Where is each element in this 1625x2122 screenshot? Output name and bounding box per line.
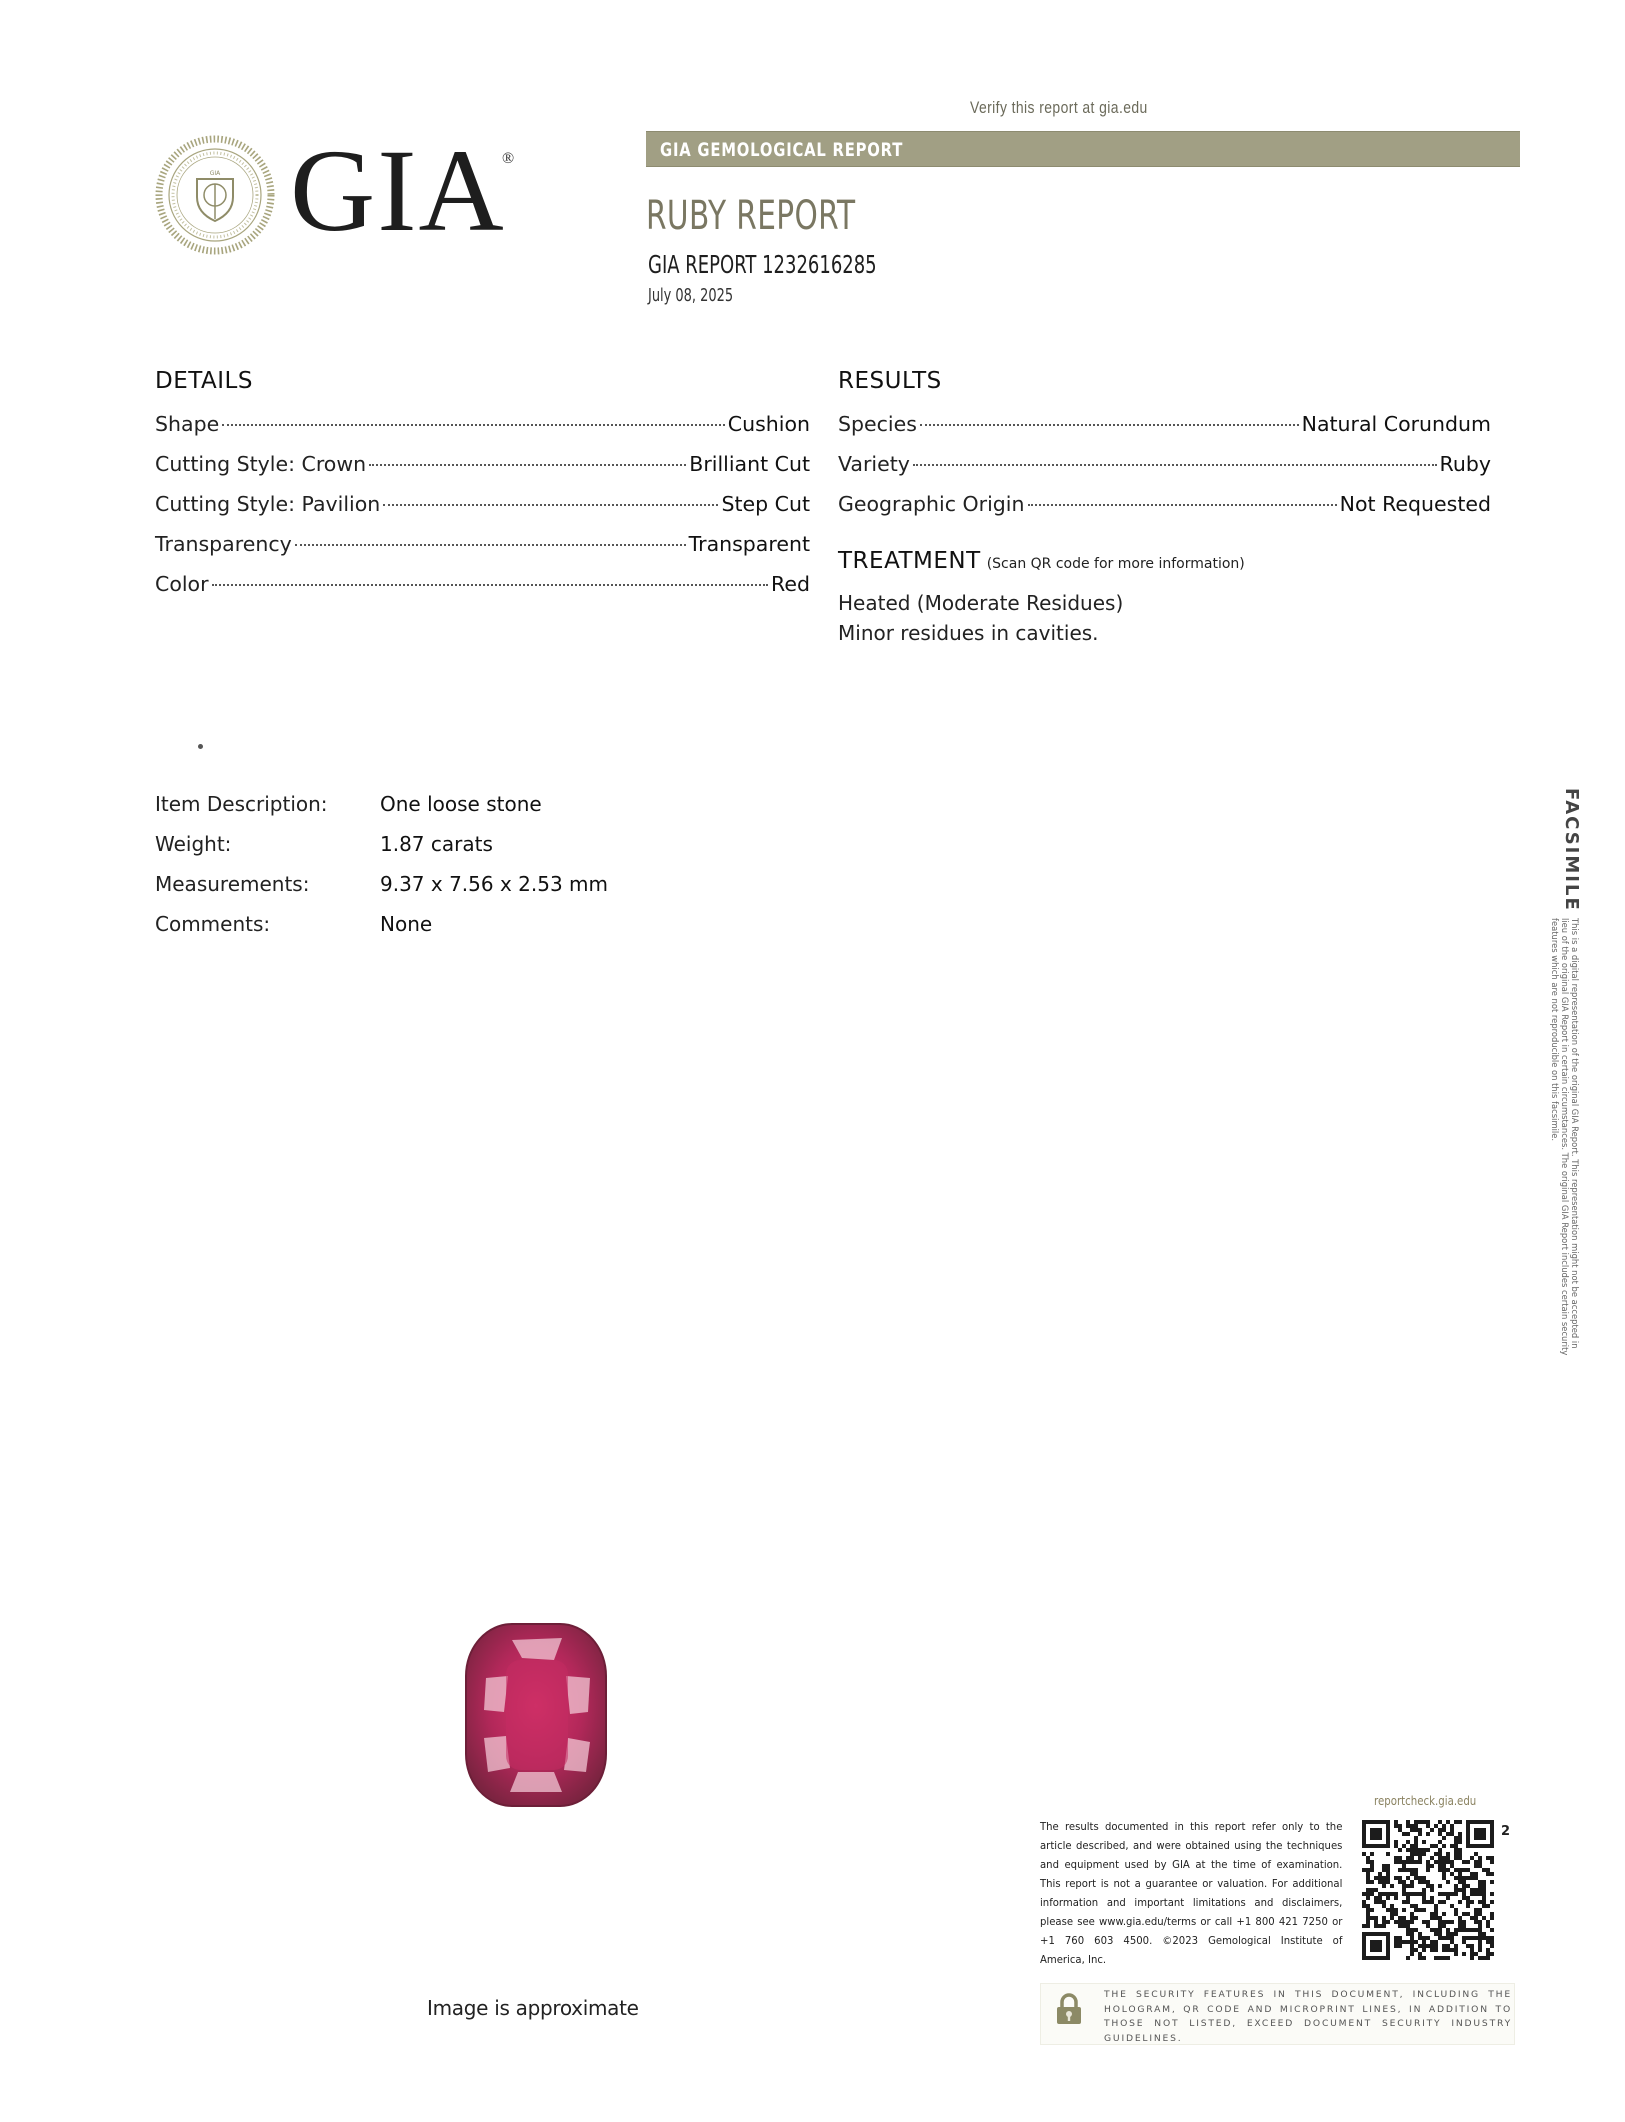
results-title: RESULTS [838,368,1491,394]
field-value: Cushion [728,412,810,436]
ruby-gem-image [462,1620,610,1810]
treatment-section: TREATMENT(Scan QR code for more informat… [838,548,1245,648]
scan-artifact [198,744,203,749]
dotted-leader [212,584,769,586]
item-label: Weight: [155,832,380,856]
report-field-row: TransparencyTransparent [155,532,810,572]
results-section: RESULTS SpeciesNatural CorundumVarietyRu… [838,368,1491,532]
dotted-leader [913,464,1437,466]
dotted-leader [383,504,718,506]
item-label: Comments: [155,912,380,936]
report-field-row: Cutting Style: CrownBrilliant Cut [155,452,810,492]
details-section: DETAILS ShapeCushionCutting Style: Crown… [155,368,810,612]
registered-mark: ® [502,150,514,168]
item-row: Item Description:One loose stone [155,792,608,832]
field-value: Transparent [689,532,810,556]
treatment-line: Heated (Moderate Residues) [838,588,1245,618]
results-rows: SpeciesNatural CorundumVarietyRubyGeogra… [838,412,1491,532]
item-label: Measurements: [155,872,380,896]
band-label: GIA GEMOLOGICAL REPORT [660,139,903,161]
report-field-row: Cutting Style: PavilionStep Cut [155,492,810,532]
field-label: Cutting Style: Pavilion [155,492,380,516]
report-field-row: ColorRed [155,572,810,612]
gia-seal-logo: GIA [155,135,275,255]
report-field-row: SpeciesNatural Corundum [838,412,1491,452]
reportcheck-link[interactable]: reportcheck.gia.edu [1374,1794,1476,1808]
lock-icon [1054,1993,1084,2025]
verify-link[interactable]: Verify this report at gia.edu [970,98,1148,118]
field-label: Transparency [155,532,292,556]
field-value: Step Cut [721,492,810,516]
item-row: Measurements:9.37 x 7.56 x 2.53 mm [155,872,608,912]
field-label: Geographic Origin [838,492,1025,516]
field-value: Not Requested [1340,492,1491,516]
field-label: Variety [838,452,910,476]
facsimile-title: FACSIMILE [1561,788,1582,912]
facsimile-notice: FACSIMILE This is a digital representati… [1542,788,1582,1358]
field-label: Shape [155,412,219,436]
treatment-note: (Scan QR code for more information) [987,556,1245,572]
security-features-text: The security features in this document, … [1104,1988,1512,2046]
dotted-leader [295,544,686,546]
gia-wordmark: GIA [290,132,506,250]
details-rows: ShapeCushionCutting Style: CrownBrillian… [155,412,810,612]
field-label: Color [155,572,209,596]
treatment-title: TREATMENT [838,548,981,574]
report-field-row: ShapeCushion [155,412,810,452]
item-row: Comments:None [155,912,608,952]
svg-text:GIA: GIA [210,170,221,177]
dotted-leader [222,424,725,426]
field-value: Natural Corundum [1302,412,1491,436]
field-label: Cutting Style: Crown [155,452,366,476]
item-value: 1.87 carats [380,832,493,856]
item-description-table: Item Description:One loose stoneWeight:1… [155,792,608,952]
report-number: GIA REPORT 1232616285 [648,250,877,279]
report-type-title: RUBY REPORT [646,193,855,239]
report-field-row: Geographic OriginNot Requested [838,492,1491,532]
dotted-leader [1028,504,1337,506]
item-value: One loose stone [380,792,542,816]
field-value: Brilliant Cut [689,452,810,476]
details-title: DETAILS [155,368,810,394]
qr-index: 2 [1501,1824,1510,1839]
item-value: None [380,912,432,936]
disclaimer-text: The results documented in this report re… [1040,1818,1342,1970]
field-label: Species [838,412,917,436]
item-value: 9.37 x 7.56 x 2.53 mm [380,872,608,896]
field-value: Red [771,572,810,596]
qr-code[interactable] [1362,1820,1494,1960]
field-value: Ruby [1440,452,1491,476]
dotted-leader [369,464,686,466]
report-field-row: VarietyRuby [838,452,1491,492]
facsimile-text: This is a digital representation of the … [1550,918,1580,1358]
dotted-leader [920,424,1299,426]
treatment-line: Minor residues in cavities. [838,618,1245,648]
report-date: July 08, 2025 [648,285,733,306]
item-row: Weight:1.87 carats [155,832,608,872]
gem-image-caption: Image is approximate [427,1996,639,2020]
item-label: Item Description: [155,792,380,816]
